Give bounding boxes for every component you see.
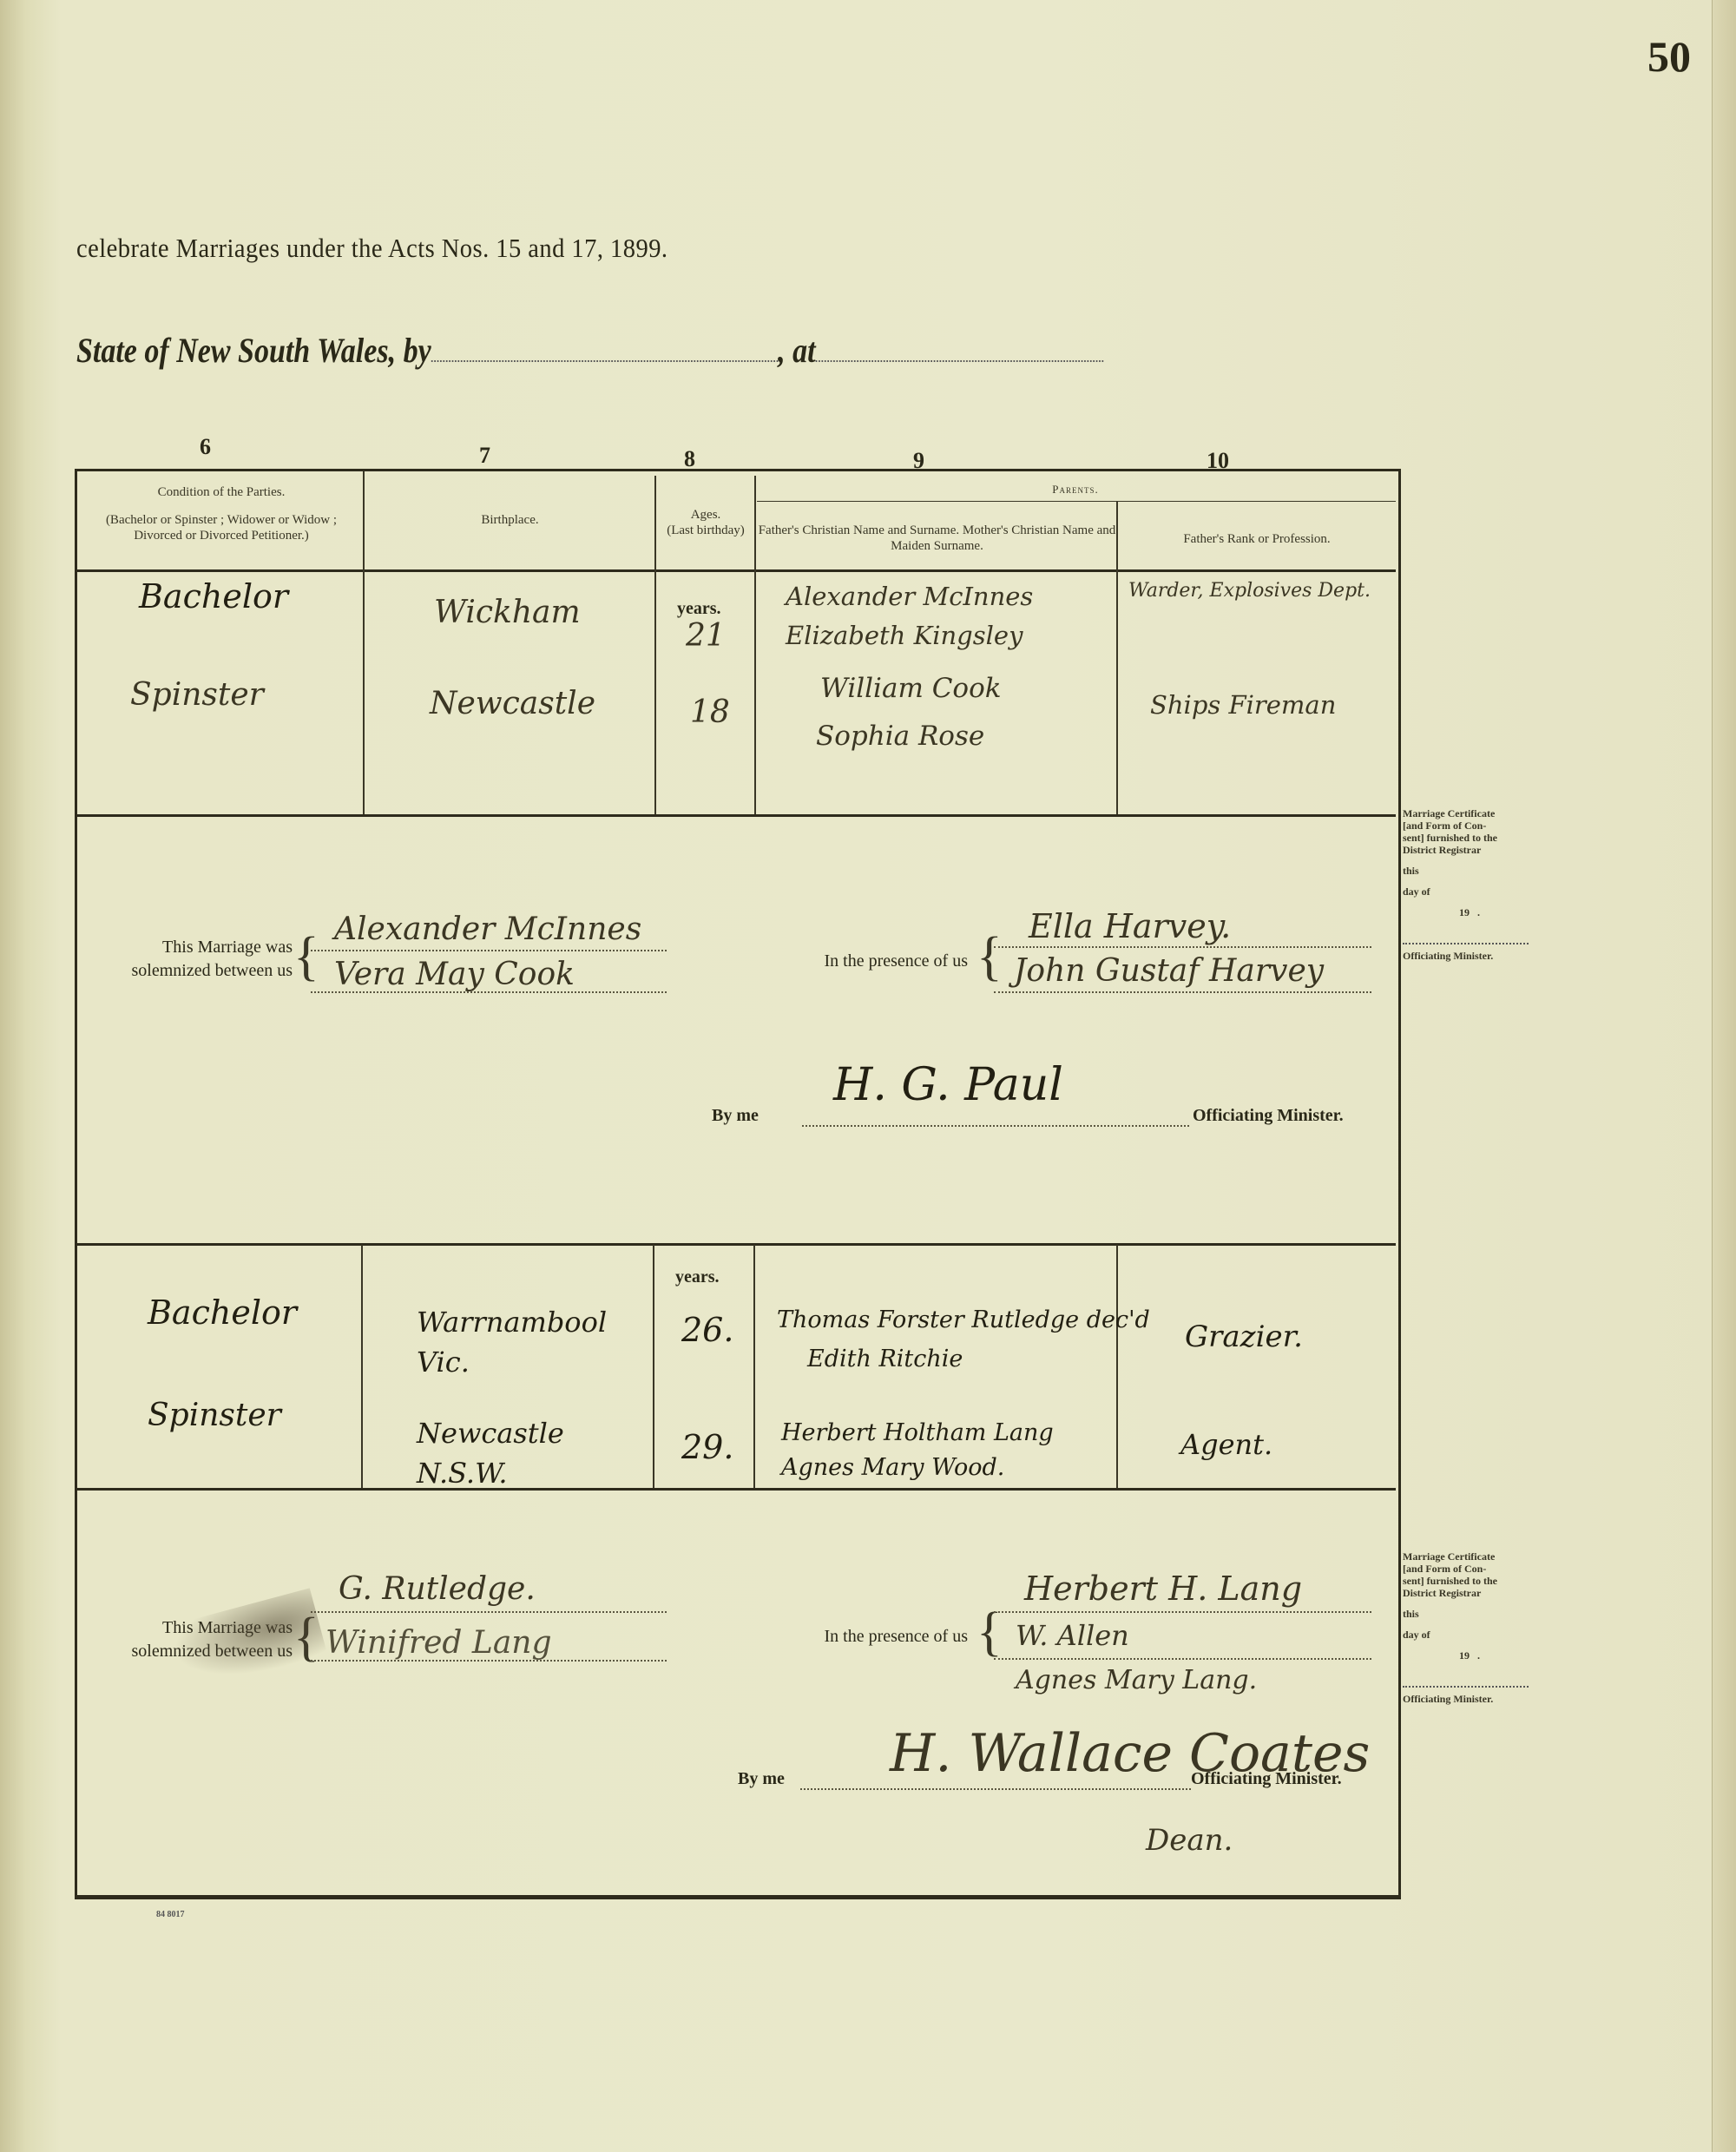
side-note-year-value: 19 [1459,1649,1470,1662]
side-note-this: this [1403,865,1533,877]
header-birthplace: Birthplace. [365,512,655,528]
bride-signature: Winifred Lang [325,1625,552,1661]
side-note-line: Marriage Certificate [1403,807,1495,819]
state-line: State of New South Wales, by, at [76,330,1103,371]
bride-father-name: Herbert Holtham Lang [781,1419,1054,1446]
witness-line [994,1658,1371,1660]
by-me-label: By me [738,1767,825,1791]
side-note-line: District Registrar [1403,1587,1481,1599]
row-rule [75,1488,1396,1491]
header-parents-group: Parents. [757,482,1394,497]
witness-3: Agnes Mary Lang. [1016,1665,1257,1695]
minister-title: Dean. [1146,1823,1233,1858]
signature-line [311,1611,667,1613]
signature-line [311,950,667,951]
groom-birthplace: Warrnambool Vic. [417,1302,625,1382]
side-note-line: sent] furnished to the [1403,1575,1497,1587]
col-divider [1116,1245,1118,1488]
side-note-year-value: 19 [1459,906,1470,918]
side-note-certificate: Marriage Certificate [and Form of Con- s… [1403,807,1533,971]
groom-age: 26. [681,1311,733,1349]
side-note-day-of: day of [1403,885,1533,898]
groom-father-profession: Warder, Explosives Dept. [1128,580,1371,602]
side-note-line: [and Form of Con- [1403,1563,1486,1575]
minister-line [800,1788,1191,1790]
bride-age: 29. [681,1428,733,1466]
column-number-6: 6 [200,434,211,460]
state-prefix: State of New South Wales, by [76,331,431,370]
form-code: 84 8017 [156,1910,185,1919]
groom-mother-name: Elizabeth Kingsley [786,621,1023,650]
column-number-7: 7 [479,443,490,469]
brace: { [976,1606,1003,1658]
groom-age: 21 [686,618,726,654]
bride-father-name: William Cook [820,673,1002,704]
bride-signature: Vera May Cook [334,957,575,992]
bride-father-profession: Agent. [1180,1428,1272,1461]
side-note-this: this [1403,1608,1533,1620]
witness-2: W. Allen [1016,1619,1129,1652]
bride-birthplace: Newcastle [430,686,595,721]
groom-condition: Bachelor [139,577,288,615]
side-note-year: 19 . [1403,1649,1533,1662]
header-ages-note: (Last birthday) [658,523,753,538]
witness-line [994,991,1371,993]
brace: { [976,931,1003,983]
col-divider [753,1245,755,1488]
header-condition-note: (Bachelor or Spinster ; Widower or Widow… [82,512,360,543]
presence-label: In the presence of us [746,950,968,973]
solemnized-label: This Marriage was solemnized between us [80,936,293,983]
row-rule [75,814,1396,817]
years-label: years. [677,599,721,619]
presence-label: In the presence of us [746,1625,968,1649]
col-divider [653,1245,654,1488]
groom-father-name: Thomas Forster Rutledge dec'd [777,1306,1150,1333]
minister-line [802,1125,1189,1127]
intro-line: celebrate Marriages under the Acts Nos. … [76,233,668,264]
at-label: , at [778,331,815,370]
witness-1: Herbert H. Lang [1024,1570,1302,1608]
page-edge [1712,0,1736,2152]
groom-condition: Bachelor [148,1293,297,1332]
years-label: years. [675,1267,720,1287]
entry-separator [75,1243,1396,1246]
col-divider [363,471,365,814]
bride-mother-name: Agnes Mary Wood. [781,1454,1004,1481]
side-note-day-of: day of [1403,1629,1533,1641]
side-note-line: sent] furnished to the [1403,832,1497,844]
side-note-line: Marriage Certificate [1403,1550,1495,1563]
side-note-line: District Registrar [1403,844,1481,856]
bride-age: 18 [690,694,730,730]
officiating-minister-label: Officiating Minister. [1193,1104,1392,1128]
header-parents-names: Father's Christian Name and Surname. Mot… [757,523,1117,554]
page-number: 50 [1647,31,1691,82]
at-blank [816,360,1104,362]
col-divider [654,476,656,814]
parents-divider [757,501,1396,502]
side-note-minister: Officiating Minister. [1403,943,1529,962]
bride-condition: Spinster [130,677,264,713]
bride-birthplace: Newcastle N.S.W. [417,1413,642,1493]
bride-condition: Spinster [148,1398,281,1433]
minister-signature: H. G. Paul [833,1059,1063,1111]
witness-1: Ella Harvey. [1029,907,1231,945]
col-divider [754,476,756,814]
witness-2: John Gustaf Harvey [1014,953,1324,989]
groom-signature: G. Rutledge. [339,1571,536,1607]
groom-mother-name: Edith Ritchie [807,1346,963,1372]
by-blank [431,360,779,362]
side-note-year: 19 . [1403,906,1533,918]
solemnized-label-line2: solemnized between us [80,959,293,983]
header-condition-title: Condition of the Parties. [82,484,360,500]
groom-father-profession: Grazier. [1185,1319,1303,1354]
witness-line [994,946,1371,948]
solemnized-label-line1: This Marriage was [80,936,293,959]
header-father-profession: Father's Rank or Profession. [1120,531,1394,547]
col-divider [361,1245,363,1488]
officiating-minister-label: Officiating Minister. [1191,1767,1391,1791]
groom-signature: Alexander McInnes [334,911,641,947]
header-condition: Condition of the Parties. (Bachelor or S… [82,484,360,543]
side-note-certificate: Marriage Certificate [and Form of Con- s… [1403,1550,1533,1714]
groom-father-name: Alexander McInnes [786,582,1033,611]
groom-birthplace: Wickham [434,595,581,630]
side-note-line: [and Form of Con- [1403,819,1486,832]
col-divider [1116,502,1118,814]
header-ages: Ages. (Last birthday) [658,507,753,538]
side-note-minister: Officiating Minister. [1403,1686,1529,1705]
bride-mother-name: Sophia Rose [816,721,984,752]
bride-father-profession: Ships Fireman [1150,690,1336,720]
witness-line [994,1611,1371,1613]
by-me-label: By me [712,1104,799,1128]
header-bottom-rule [75,569,1396,572]
brace: { [293,931,319,983]
header-ages-title: Ages. [658,507,753,523]
